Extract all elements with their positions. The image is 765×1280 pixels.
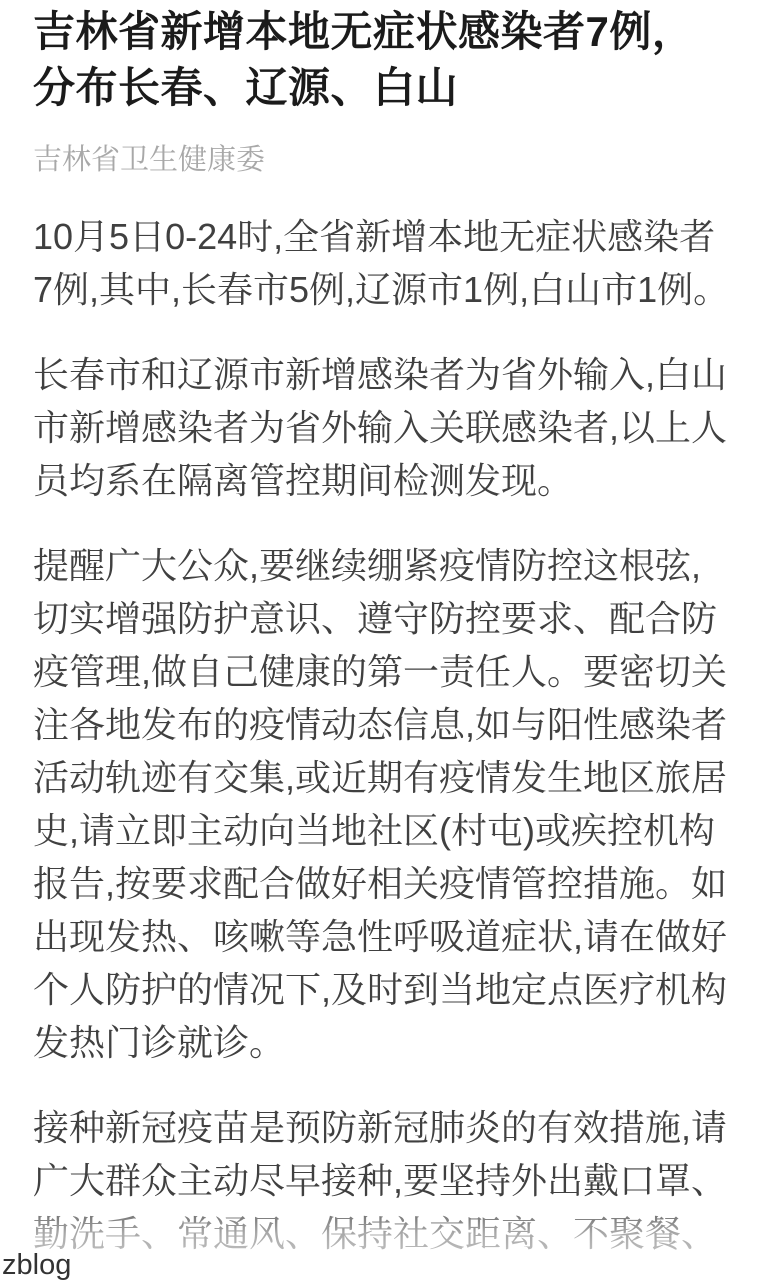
watermark-label: zblog: [2, 1250, 71, 1280]
article-page: 吉林省新增本地无症状感染者7例，分布长春、辽源、白山 吉林省卫生健康委 10月5…: [0, 0, 765, 1280]
article-body: 10月5日0-24时,全省新增本地无症状感染者7例,其中,长春市5例,辽源市1例…: [33, 210, 733, 1260]
article-content: 吉林省新增本地无症状感染者7例，分布长春、辽源、白山 吉林省卫生健康委 10月5…: [0, 0, 765, 1260]
article-paragraph-2: 长春市和辽源市新增感染者为省外输入,白山市新增感染者为省外输入关联感染者,以上人…: [33, 348, 733, 507]
article-source: 吉林省卫生健康委: [33, 140, 733, 180]
article-paragraph-4: 接种新冠疫苗是预防新冠肺炎的有效措施,请广大群众主动尽早接种,要坚持外出戴口罩、…: [33, 1101, 733, 1260]
article-paragraph-1: 10月5日0-24时,全省新增本地无症状感染者7例,其中,长春市5例,辽源市1例…: [33, 210, 733, 316]
article-paragraph-3: 提醒广大公众,要继续绷紧疫情防控这根弦,切实增强防护意识、遵守防控要求、配合防疫…: [33, 539, 733, 1069]
article-title: 吉林省新增本地无症状感染者7例，分布长春、辽源、白山: [33, 4, 733, 116]
